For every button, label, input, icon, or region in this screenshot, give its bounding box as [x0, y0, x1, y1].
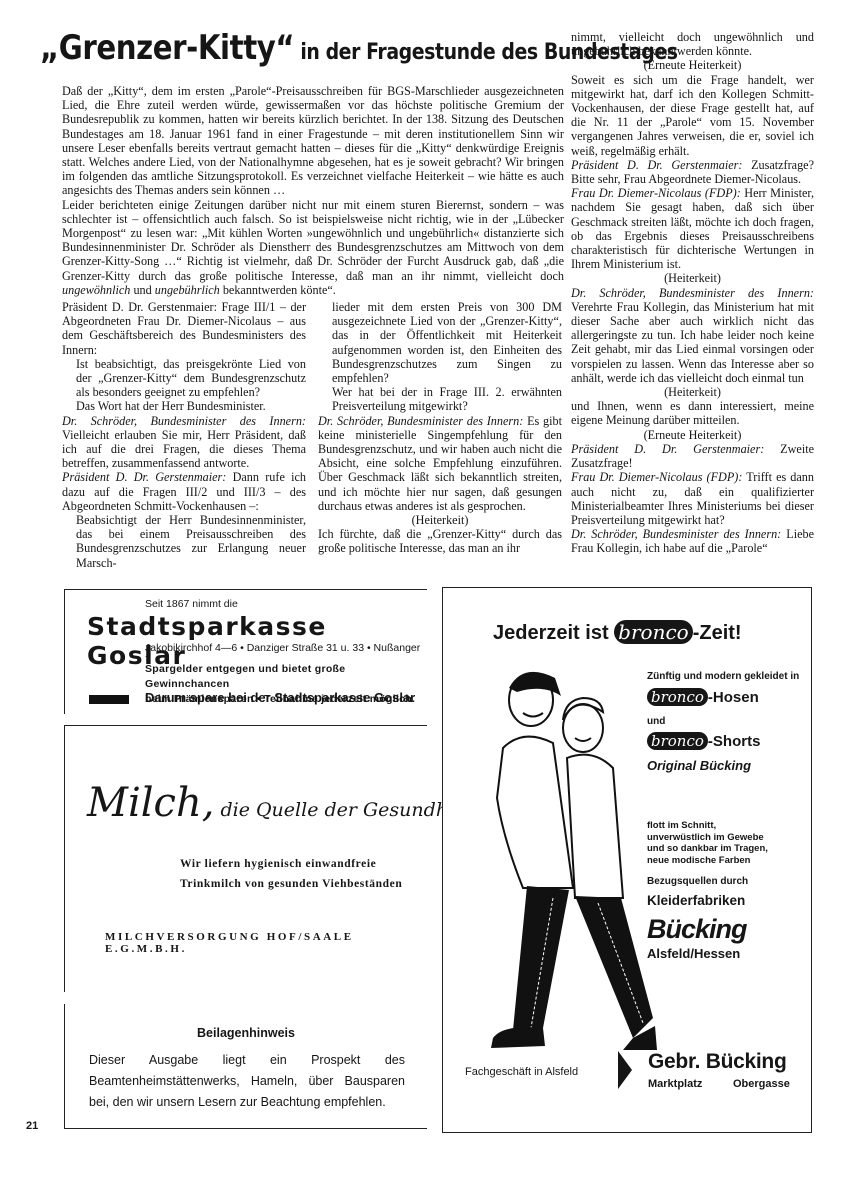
supply-label: Bezugsquellen durch — [647, 876, 748, 887]
ad-body: Wir liefern hygienisch einwandfreie Trin… — [180, 854, 402, 894]
speech-schroeder-2: Dr. Schröder, Bundesminister des Innern:… — [318, 414, 562, 513]
conjunction: und — [647, 716, 665, 727]
article-title: „Grenzer-Kitty“ in der Fragestunde des B… — [40, 28, 496, 68]
ad-stadtsparkasse-goslar: Seit 1867 nimmt die Stadtsparkasse Gosla… — [64, 589, 427, 714]
couple-illustration-icon — [483, 658, 658, 1058]
speech-president-3: Präsident D. Dr. Gerstenmaier: Zusatzfra… — [571, 158, 814, 186]
laughter-note: (Heiterkeit) — [318, 513, 562, 527]
speech-paragraph: Soweit es sich um die Frage handelt, wer… — [571, 73, 814, 158]
intro-paragraph-1: Daß der „Kitty“, dem im ersten „Parole“-… — [62, 84, 564, 198]
ad-call-to-action: Darum spare bei der Stadtsparkasse Gosla… — [145, 690, 415, 705]
speech-president-4: Präsident D. Dr. Gerstenmaier: Zweite Zu… — [571, 442, 814, 470]
speech-paragraph: und Ihnen, wenn es dann interessiert, me… — [571, 399, 814, 427]
ad-headline: Jederzeit ist bronco-Zeit! — [493, 620, 742, 645]
ad-bronco: Jederzeit ist bronco-Zeit! Zünftig und m… — [442, 587, 812, 1133]
article-column-2: lieder mit dem ersten Preis von 300 DM a… — [318, 300, 562, 556]
retailer-address-1: Marktplatz — [648, 1078, 702, 1090]
manufacturer-type: Kleiderfabriken — [647, 893, 745, 908]
speech-schroeder-4: Dr. Schröder, Bundesminister des Innern:… — [571, 527, 814, 555]
floor-given: Das Wort hat der Herr Bundesminister. — [62, 399, 306, 413]
speech-schroeder-1: Dr. Schröder, Bundesminister des Innern:… — [62, 414, 306, 471]
speech-continued-2: nimmt, vielleicht doch ungewöhnlich und … — [571, 30, 814, 58]
page-number: 21 — [26, 1120, 38, 1132]
original-label: Original Bücking — [647, 758, 751, 773]
ad-since: Seit 1867 nimmt die — [145, 598, 238, 610]
article-intro: Daß der „Kitty“, dem im ersten „Parole“-… — [62, 84, 564, 297]
laughter-note: (Erneute Heiterkeit) — [571, 58, 814, 72]
article-column-1: Präsident D. Dr. Gerstenmaier: Frage III… — [62, 300, 306, 570]
manufacturer-logo: Bücking — [647, 914, 747, 945]
president-call: Präsident D. Dr. Gerstenmaier: Frage III… — [62, 300, 306, 357]
ad-company: MILCHVERSORGUNG HOF/SAALE E.G.M.B.H. — [105, 931, 427, 955]
question-1: Ist beabsichtigt, das preisgekrönte Lied… — [62, 357, 306, 400]
arrow-right-icon — [618, 1051, 632, 1089]
bronco-logo-icon: bronco — [647, 732, 708, 750]
notice-title: Beilagenhinweis — [65, 1026, 427, 1040]
product-hosen: bronco-Hosen — [647, 688, 759, 706]
black-bar-decoration — [89, 695, 129, 704]
laughter-note: (Heiterkeit) — [571, 385, 814, 399]
speech-continued: Ich fürchte, daß die „Grenzer-Kitty“ dur… — [318, 527, 562, 555]
intro-paragraph-2: Leider berichteten einige Zeitungen darü… — [62, 198, 564, 297]
product-shorts: bronco-Shorts — [647, 732, 760, 750]
article-column-3: nimmt, vielleicht doch ungewöhnlich und … — [571, 30, 814, 556]
speech-president-2: Präsident D. Dr. Gerstenmaier: Dann rufe… — [62, 470, 306, 513]
laughter-note: (Erneute Heiterkeit) — [571, 428, 814, 442]
retailer-name: Gebr. Bücking — [648, 1050, 786, 1074]
bronco-logo-icon: bronco — [647, 688, 708, 706]
speech-diemer-2: Frau Dr. Diemer-Nicolaus (FDP): Trifft e… — [571, 470, 814, 527]
question-2-continued: lieder mit dem ersten Preis von 300 DM a… — [318, 300, 562, 385]
speech-schroeder-3: Dr. Schröder, Bundesminister des Innern:… — [571, 286, 814, 385]
ad-headline-script: Milch, die Quelle der Gesundheit — [87, 780, 473, 826]
ad-subline: Zünftig und modern gekleidet in — [647, 671, 799, 682]
bronco-logo-icon: bronco — [614, 620, 693, 644]
speech-diemer-1: Frau Dr. Diemer-Nicolaus (FDP): Herr Min… — [571, 186, 814, 271]
retailer-label: Fachgeschäft in Alsfeld — [465, 1066, 578, 1078]
insert-notice: Beilagenhinweis Dieser Ausgabe liegt ein… — [64, 1004, 427, 1129]
laughter-note: (Heiterkeit) — [571, 271, 814, 285]
retailer-address-2: Obergasse — [733, 1078, 790, 1090]
title-quoted: „Grenzer-Kitty“ — [40, 28, 294, 68]
notice-body: Dieser Ausgabe liegt ein Prospekt des Be… — [89, 1050, 405, 1113]
ad-description: flott im Schnitt, unverwüstlich im Geweb… — [647, 820, 768, 866]
manufacturer-location: Alsfeld/Hessen — [647, 946, 740, 961]
question-2: Beabsichtigt der Herr Bundesinnenministe… — [62, 513, 306, 570]
question-3: Wer hat bei der in Frage III. 2. erwähnt… — [318, 385, 562, 413]
ad-milchversorgung: Milch, die Quelle der Gesundheit Wir lie… — [64, 725, 427, 992]
